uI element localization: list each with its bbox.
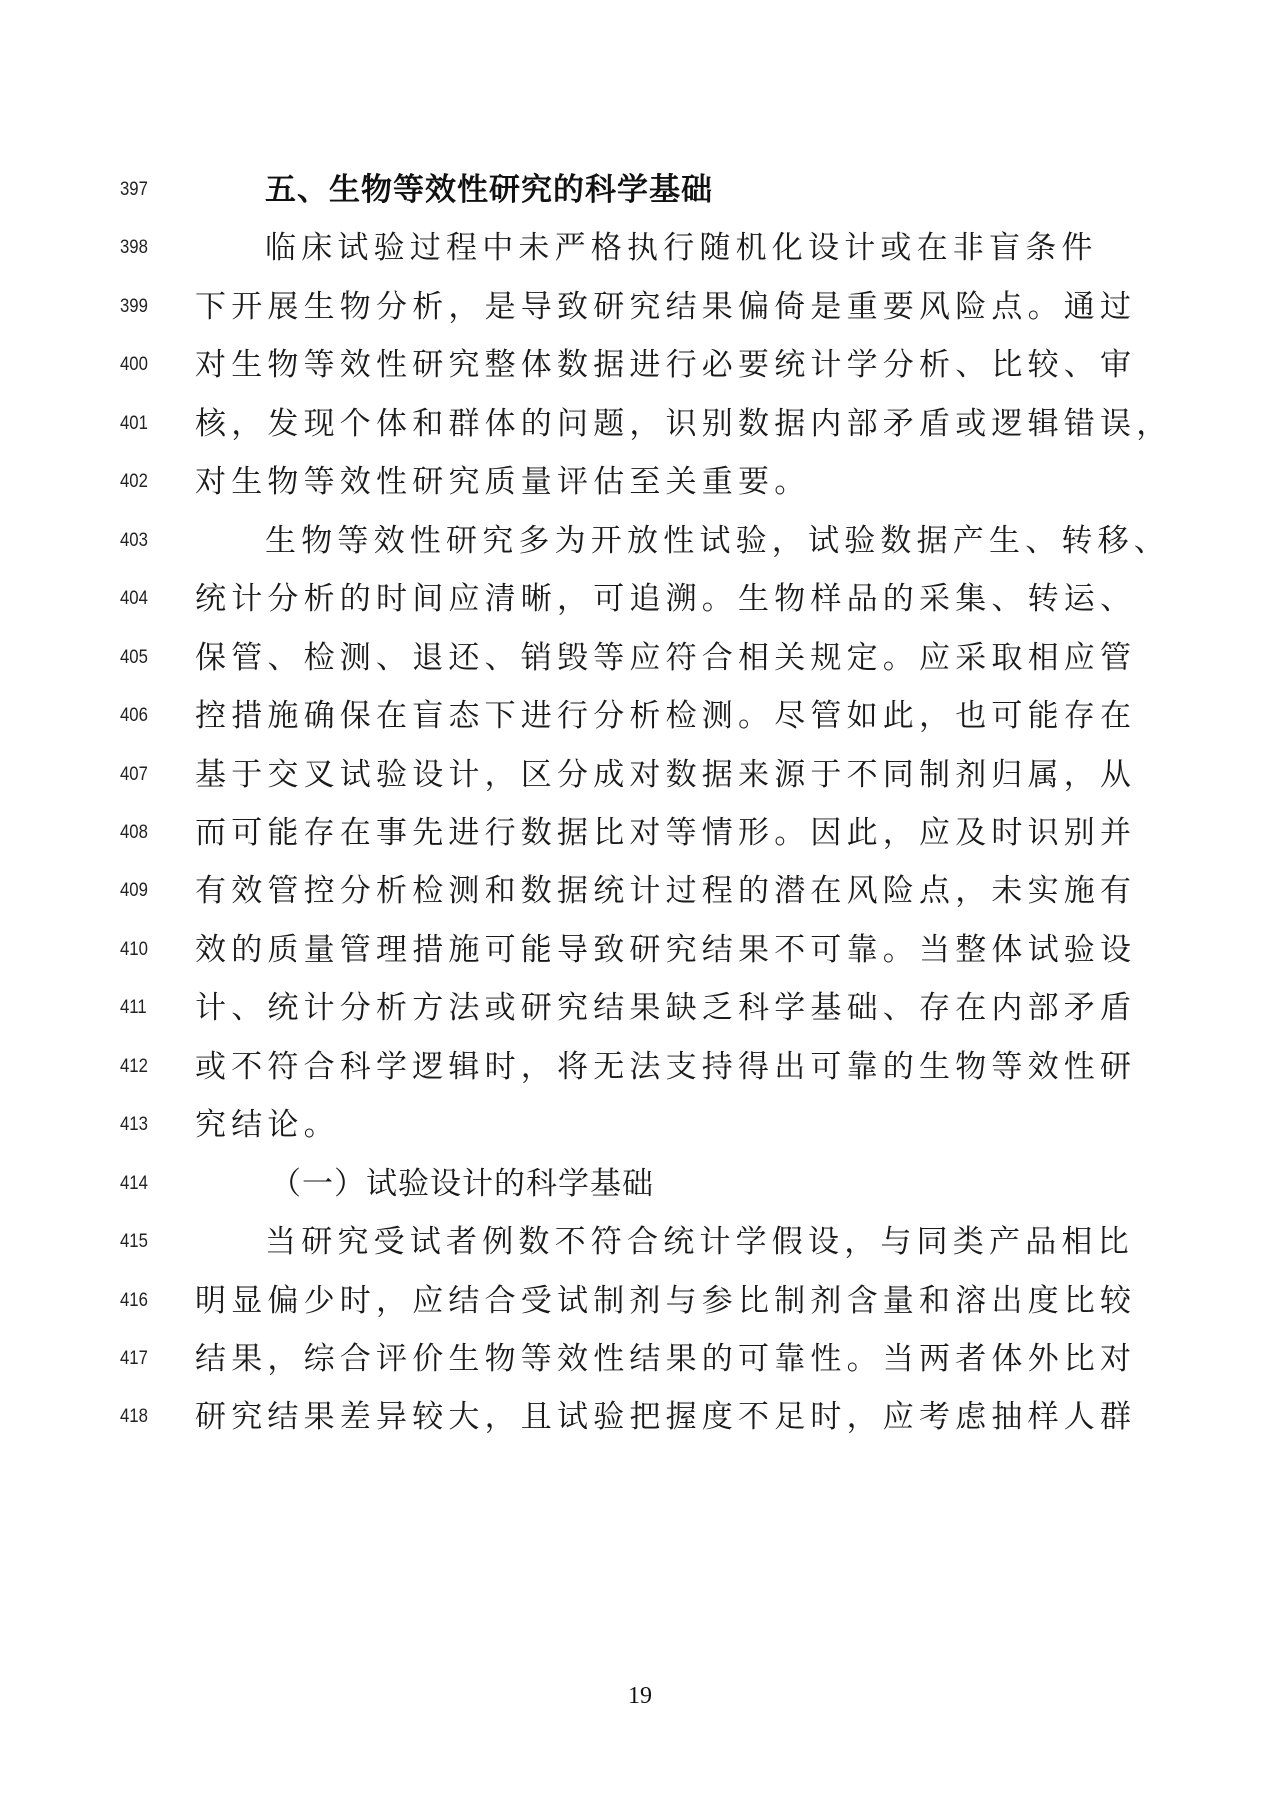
line-text: 下开展生物分析，是导致研究结果偏倚是重要风险点。通过 [195,278,1095,336]
line-text: 统计分析的时间应清晰，可追溯。生物样品的采集、转运、 [195,570,1095,628]
text-line: 406控措施确保在盲态下进行分析检测。尽管如此，也可能存在 [0,687,1280,745]
line-text: 保管、检测、退还、销毁等应符合相关规定。应采取相应管 [195,629,1095,687]
line-number: 415 [120,1213,148,1271]
line-number: 397 [120,161,148,219]
text-line: 415当研究受试者例数不符合统计学假设，与同类产品相比 [0,1213,1280,1271]
line-text: 结果，综合评价生物等效性结果的可靠性。当两者体外比对 [195,1330,1095,1388]
text-line: 405保管、检测、退还、销毁等应符合相关规定。应采取相应管 [0,629,1280,687]
text-line: 400对生物等效性研究整体数据进行必要统计学分析、比较、审 [0,336,1280,394]
line-number: 408 [120,804,148,862]
line-number: 410 [120,921,148,979]
line-number: 413 [120,1096,148,1154]
text-line: 412或不符合科学逻辑时，将无法支持得出可靠的生物等效性研 [0,1038,1280,1096]
text-line: 403生物等效性研究多为开放性试验，试验数据产生、转移、 [0,512,1280,570]
line-text: 核，发现个体和群体的问题，识别数据内部矛盾或逻辑错误， [195,395,1095,453]
line-number: 411 [120,979,147,1037]
section-title: 五、生物等效性研究的科学基础 [265,161,1165,219]
subsection-title: （一）试验设计的科学基础 [270,1155,1170,1213]
line-number: 406 [120,687,148,745]
line-text: 研究结果差异较大，且试验把握度不足时，应考虑抽样人群 [195,1388,1095,1446]
text-line: 410效的质量管理措施可能导致研究结果不可靠。当整体试验设 [0,921,1280,979]
line-text: 当研究受试者例数不符合统计学假设，与同类产品相比 [265,1213,1165,1271]
line-number: 399 [120,278,148,336]
text-line: 417结果，综合评价生物等效性结果的可靠性。当两者体外比对 [0,1330,1280,1388]
page-number: 19 [0,1683,1280,1710]
text-line: 413究结论。 [0,1096,1280,1154]
line-number: 398 [120,219,148,277]
line-text: 效的质量管理措施可能导致研究结果不可靠。当整体试验设 [195,921,1095,979]
text-line: 401核，发现个体和群体的问题，识别数据内部矛盾或逻辑错误， [0,395,1280,453]
line-text: 临床试验过程中未严格执行随机化设计或在非盲条件 [265,219,1165,277]
line-number: 405 [120,629,148,687]
line-text: 控措施确保在盲态下进行分析检测。尽管如此，也可能存在 [195,687,1095,745]
text-line: 409有效管控分析检测和数据统计过程的潜在风险点，未实施有 [0,862,1280,920]
line-text: 而可能存在事先进行数据比对等情形。因此，应及时识别并 [195,804,1095,862]
line-number: 412 [120,1038,148,1096]
line-number: 409 [120,862,148,920]
text-line: 416明显偏少时，应结合受试制剂与参比制剂含量和溶出度比较 [0,1272,1280,1330]
line-number: 418 [120,1388,148,1446]
line-text: 基于交叉试验设计，区分成对数据来源于不同制剂归属，从 [195,746,1095,804]
line-number: 417 [120,1330,148,1388]
line-text: 对生物等效性研究整体数据进行必要统计学分析、比较、审 [195,336,1095,394]
line-number: 400 [120,336,148,394]
line-number: 416 [120,1272,148,1330]
text-line: 402对生物等效性研究质量评估至关重要。 [0,453,1280,511]
line-text: 或不符合科学逻辑时，将无法支持得出可靠的生物等效性研 [195,1038,1095,1096]
line-number: 407 [120,746,148,804]
line-text: 明显偏少时，应结合受试制剂与参比制剂含量和溶出度比较 [195,1272,1095,1330]
line-text: 生物等效性研究多为开放性试验，试验数据产生、转移、 [265,512,1165,570]
document-page: 397五、生物等效性研究的科学基础398临床试验过程中未严格执行随机化设计或在非… [0,0,1280,1810]
subsection-heading-line: 414（一）试验设计的科学基础 [0,1155,1280,1213]
line-number: 414 [120,1155,148,1213]
text-line: 404统计分析的时间应清晰，可追溯。生物样品的采集、转运、 [0,570,1280,628]
text-line: 411计、统计分析方法或研究结果缺乏科学基础、存在内部矛盾 [0,979,1280,1037]
text-line: 407基于交叉试验设计，区分成对数据来源于不同制剂归属，从 [0,746,1280,804]
line-text: 对生物等效性研究质量评估至关重要。 [195,453,1095,511]
text-line: 398临床试验过程中未严格执行随机化设计或在非盲条件 [0,219,1280,277]
section-heading-line: 397五、生物等效性研究的科学基础 [0,161,1280,219]
line-number: 402 [120,453,148,511]
text-line: 418研究结果差异较大，且试验把握度不足时，应考虑抽样人群 [0,1388,1280,1446]
text-line: 399下开展生物分析，是导致研究结果偏倚是重要风险点。通过 [0,278,1280,336]
line-text: 究结论。 [195,1096,1095,1154]
line-text: 有效管控分析检测和数据统计过程的潜在风险点，未实施有 [195,862,1095,920]
line-number: 403 [120,512,148,570]
line-number: 404 [120,570,148,628]
line-number: 401 [120,395,148,453]
line-text: 计、统计分析方法或研究结果缺乏科学基础、存在内部矛盾 [195,979,1095,1037]
text-line: 408而可能存在事先进行数据比对等情形。因此，应及时识别并 [0,804,1280,862]
